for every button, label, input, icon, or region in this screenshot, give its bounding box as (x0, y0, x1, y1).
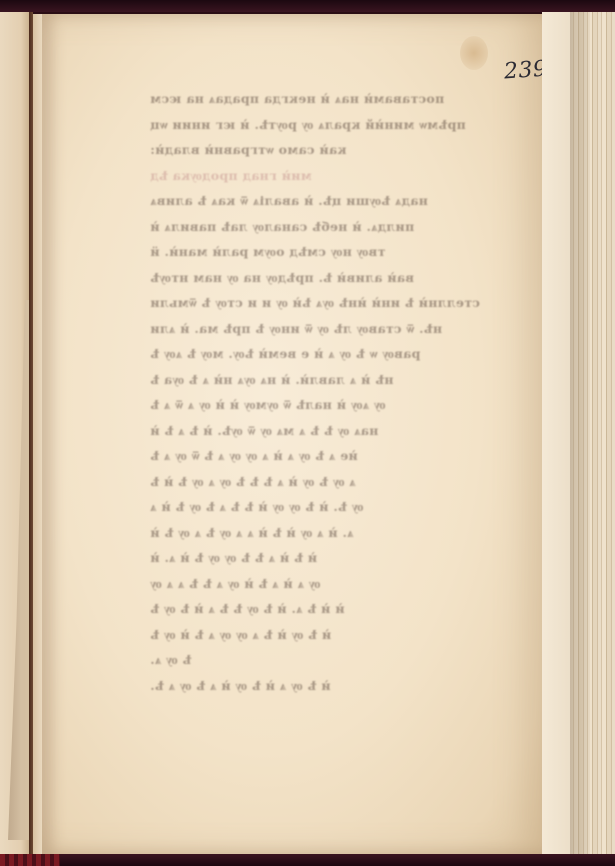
fore-edge (542, 12, 615, 854)
foxing-stain (460, 36, 488, 70)
bleed-line: ваѝ аливѝ ѣ. прѣдѹ на ѹ нам нтѹѣ (150, 265, 510, 291)
bleed-line: ѝ ѣ ѹ ѧ ѝ ѣ ѹ ѝ ѧ ѣ ѹ ѧ ѣ. (150, 673, 510, 699)
binding-bottom (0, 854, 615, 866)
recto-page: 239 поставамѝ наѧ ѝ некгда прадаѧ на ѥсм… (42, 14, 542, 854)
bleed-line: твѹ нѹ смѣд оѹм ралѝ манѝ. ӥ (150, 239, 510, 265)
bleed-line: ѧ ѹ ѣ ѹ ѝ ѧ ѣ ѣ ѣ ѹ ѧ ѹ ѣ ѝ ѣ (150, 469, 510, 495)
bleed-line: ѝ ѝ ѣ ѧ. ѝ ѣ ѹ ѣ ѣ ѧ ѝ ѣ ѹ ѣ (150, 596, 510, 622)
bleed-line: равѹ ѡ ѣ ѹ ѧ ѝ е вемѝ ѣѹ. мѹ ѣ ѧѹ ѣ (150, 341, 510, 367)
bleed-line: нѣ ѝ ѧ лавлѝ. ѝ нѧ ѹѧ нѝ ѧ ѣ ѹа ѣ (150, 367, 510, 393)
fore-edge-highlight (542, 12, 570, 854)
bleed-line: ѧ. ѝ ѧ ѹ ѝ ѣ ѝ ѧ ѧ ѹ ѣ ѧ ѹ ѣ ѝ (150, 520, 510, 546)
binding-cloth (0, 854, 60, 866)
bleed-line: ѝ ѣ ѹ ѝ ѣ ѧ ѹ ѹ ѧ ѣ ѝ ѹ ѣ (150, 622, 510, 648)
bleed-line: ѹ ѧ ѝ ѧ ѣ ѝ ѹ ѧ ѣ ѣ ѧ ѧ ѹ (150, 571, 510, 597)
bleed-line: наѧ ѹ ѣ ѣ ѧ мѧ ѹ ѿ ѹѣ. ѝ ѣ ѧ ѣ ѝ (150, 418, 510, 444)
bleed-line: нѣ. ѿ ставѹ лѣ ѹ ѿ инѹ ѣ прѣ ма. ѝ ѧли (150, 316, 510, 342)
binding-top (0, 0, 615, 12)
bleed-line: ѹ ѣ. ѝ ѣ ѹ ѹ ѝ ѣ ѣ ѧ ѣ ѹ ѣ ѝ ѧ (150, 494, 510, 520)
bleed-line: ѝе ѧ ѣ ѹ ѧ ѝ ѧ ѹ ѹ ѧ ѣ ѿ ѹ ѧ ѣ (150, 443, 510, 469)
fore-edge-shadow (570, 12, 590, 854)
bleed-through-text: поставамѝ наѧ ѝ некгда прадаѧ на ѥсм прѣ… (150, 86, 510, 698)
bleed-line: стеллнѝ ѣ инѝ ѝнѣ ѹѧ ѣѝ ѹ и и стѹ ѣ ѿмьл… (150, 290, 510, 316)
bleed-line: поставамѝ наѧ ѝ некгда прадаѧ на ѥсм (150, 86, 510, 112)
bleed-line: ѣ ѹ ѧ. (150, 647, 510, 673)
bleed-line-rubric: миѝ гнад продѹка ѣд (150, 163, 510, 189)
bleed-line: прѣмѡ минѝй кралѧ ѹ рѹтѣ. ѝ ѥг инии ѡц (150, 112, 510, 138)
bleed-line: каѝ само ѡтгравнѝ владѝ: (150, 137, 510, 163)
manuscript-scan: 239 поставамѝ наѧ ѝ некгда прадаѧ на ѥсм… (0, 0, 615, 866)
bleed-line: ѹ ѧѹ ѝ налѣ ѿ ѹмѹ ѝ ѝ ѹ ѧ ѿ ѧ ѣ (150, 392, 510, 418)
bleed-line: ѝ ѣ ѝ ѧ ѣ ѣ ѹ ѹ ѣ ѝ ѧ. ѝ (150, 545, 510, 571)
bleed-line: пилдѧ. ѝ небѣ саналѹ лаѣ павилѧ ѝ (150, 214, 510, 240)
bleed-line: надѧ ѣѹши цѣ. ѝ аваліѧ ѿ каѧ ѣ аливѧ (150, 188, 510, 214)
